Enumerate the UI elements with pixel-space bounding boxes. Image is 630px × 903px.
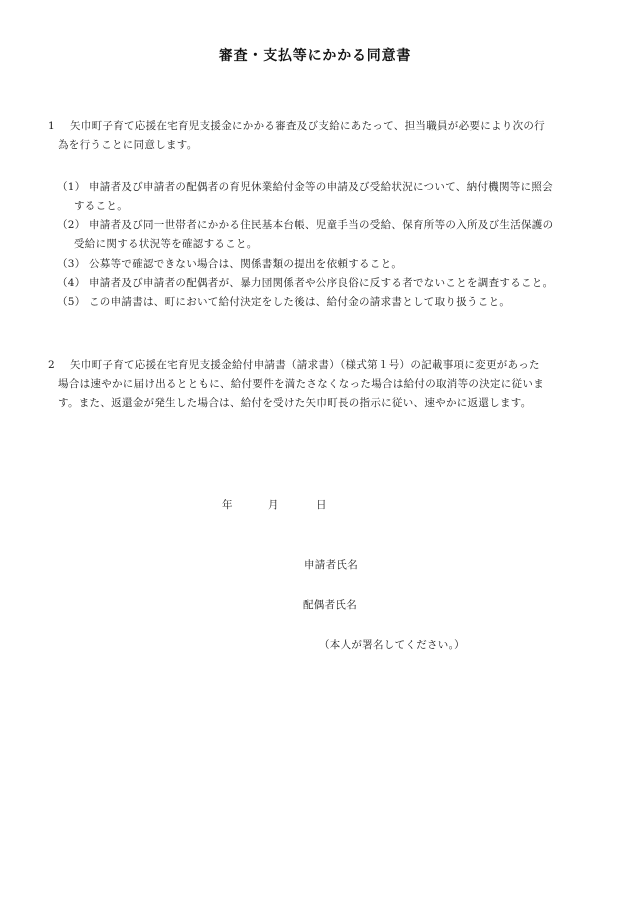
item-1-text: 申請者及び申請者の配偶者の育児休業給付金等の申請及び受給状況について、納付機関等… — [89, 181, 553, 193]
section-1-line-1: 1矢巾町子育て応援在宅育児支援金にかかる審査及び支給にあたって、担当職員が必要に… — [48, 118, 545, 134]
section-1-item-4: （4）申請者及び申請者の配偶者が、暴力団関係者や公序良俗に反する者でないことを調… — [57, 275, 553, 291]
day-label: 日 — [316, 497, 327, 513]
section-2-line-3: す。また、返還金が発生した場合は、給付を受けた矢巾町長の指示に従い、速やかに返還… — [58, 395, 532, 411]
item-4-text: 申請者及び申請者の配偶者が、暴力団関係者や公序良俗に反する者でないことを調査する… — [89, 277, 553, 289]
section-2-line-1: 2矢巾町子育て応援在宅育児支援金給付申請書（請求書）（様式第１号）の記載事項に変… — [48, 357, 540, 373]
item-5-text: この申請書は、町において給付決定をした後は、給付金の請求書として取り扱うこと。 — [89, 296, 510, 308]
section-1-item-1: （1）申請者及び申請者の配偶者の育児休業給付金等の申請及び受給状況について、納付… — [57, 179, 553, 195]
section-2-text-1: 矢巾町子育て応援在宅育児支援金給付申請書（請求書）（様式第１号）の記載事項に変更… — [70, 359, 540, 371]
section-1-text-1: 矢巾町子育て応援在宅育児支援金にかかる審査及び支給にあたって、担当職員が必要によ… — [70, 120, 545, 132]
section-1-item-3: （3）公募等で確認できない場合は、関係書類の提出を依頼すること。 — [57, 256, 402, 272]
item-2-text: 申請者及び同一世帯者にかかる住民基本台帳、児童手当の受給、保育所等の入所及び生活… — [89, 219, 553, 231]
section-2-number: 2 — [48, 357, 70, 373]
section-1-line-2: 為を行うことに同意します。 — [58, 137, 198, 153]
year-label: 年 — [222, 497, 233, 513]
consent-document-page: 審査・支払等にかかる同意書 1矢巾町子育て応援在宅育児支援金にかかる審査及び支給… — [0, 0, 630, 903]
section-1-number: 1 — [48, 118, 70, 134]
section-1-item-2: （2）申請者及び同一世帯者にかかる住民基本台帳、児童手当の受給、保育所等の入所及… — [57, 217, 553, 233]
applicant-name-label: 申請者氏名 — [304, 557, 358, 573]
item-4-label: （4） — [57, 275, 89, 291]
section-1-item-1-cont: すること。 — [74, 198, 128, 214]
item-3-text: 公募等で確認できない場合は、関係書類の提出を依頼すること。 — [89, 258, 402, 270]
item-1-label: （1） — [57, 179, 89, 195]
document-title: 審査・支払等にかかる同意書 — [0, 45, 630, 65]
item-5-label: （5） — [57, 294, 89, 310]
signature-note: （本人が署名してください。） — [319, 637, 465, 653]
item-2-label: （2） — [57, 217, 89, 233]
spouse-name-label: 配偶者氏名 — [303, 597, 357, 613]
section-1-item-2-cont: 受給に関する状況等を確認すること。 — [74, 236, 258, 252]
month-label: 月 — [268, 497, 279, 513]
item-3-label: （3） — [57, 256, 89, 272]
section-1-item-5: （5）この申請書は、町において給付決定をした後は、給付金の請求書として取り扱うこ… — [57, 294, 510, 310]
section-2-line-2: 場合は速やかに届け出るとともに、給付要件を満たさなくなった場合は給付の取消等の決… — [58, 376, 544, 392]
